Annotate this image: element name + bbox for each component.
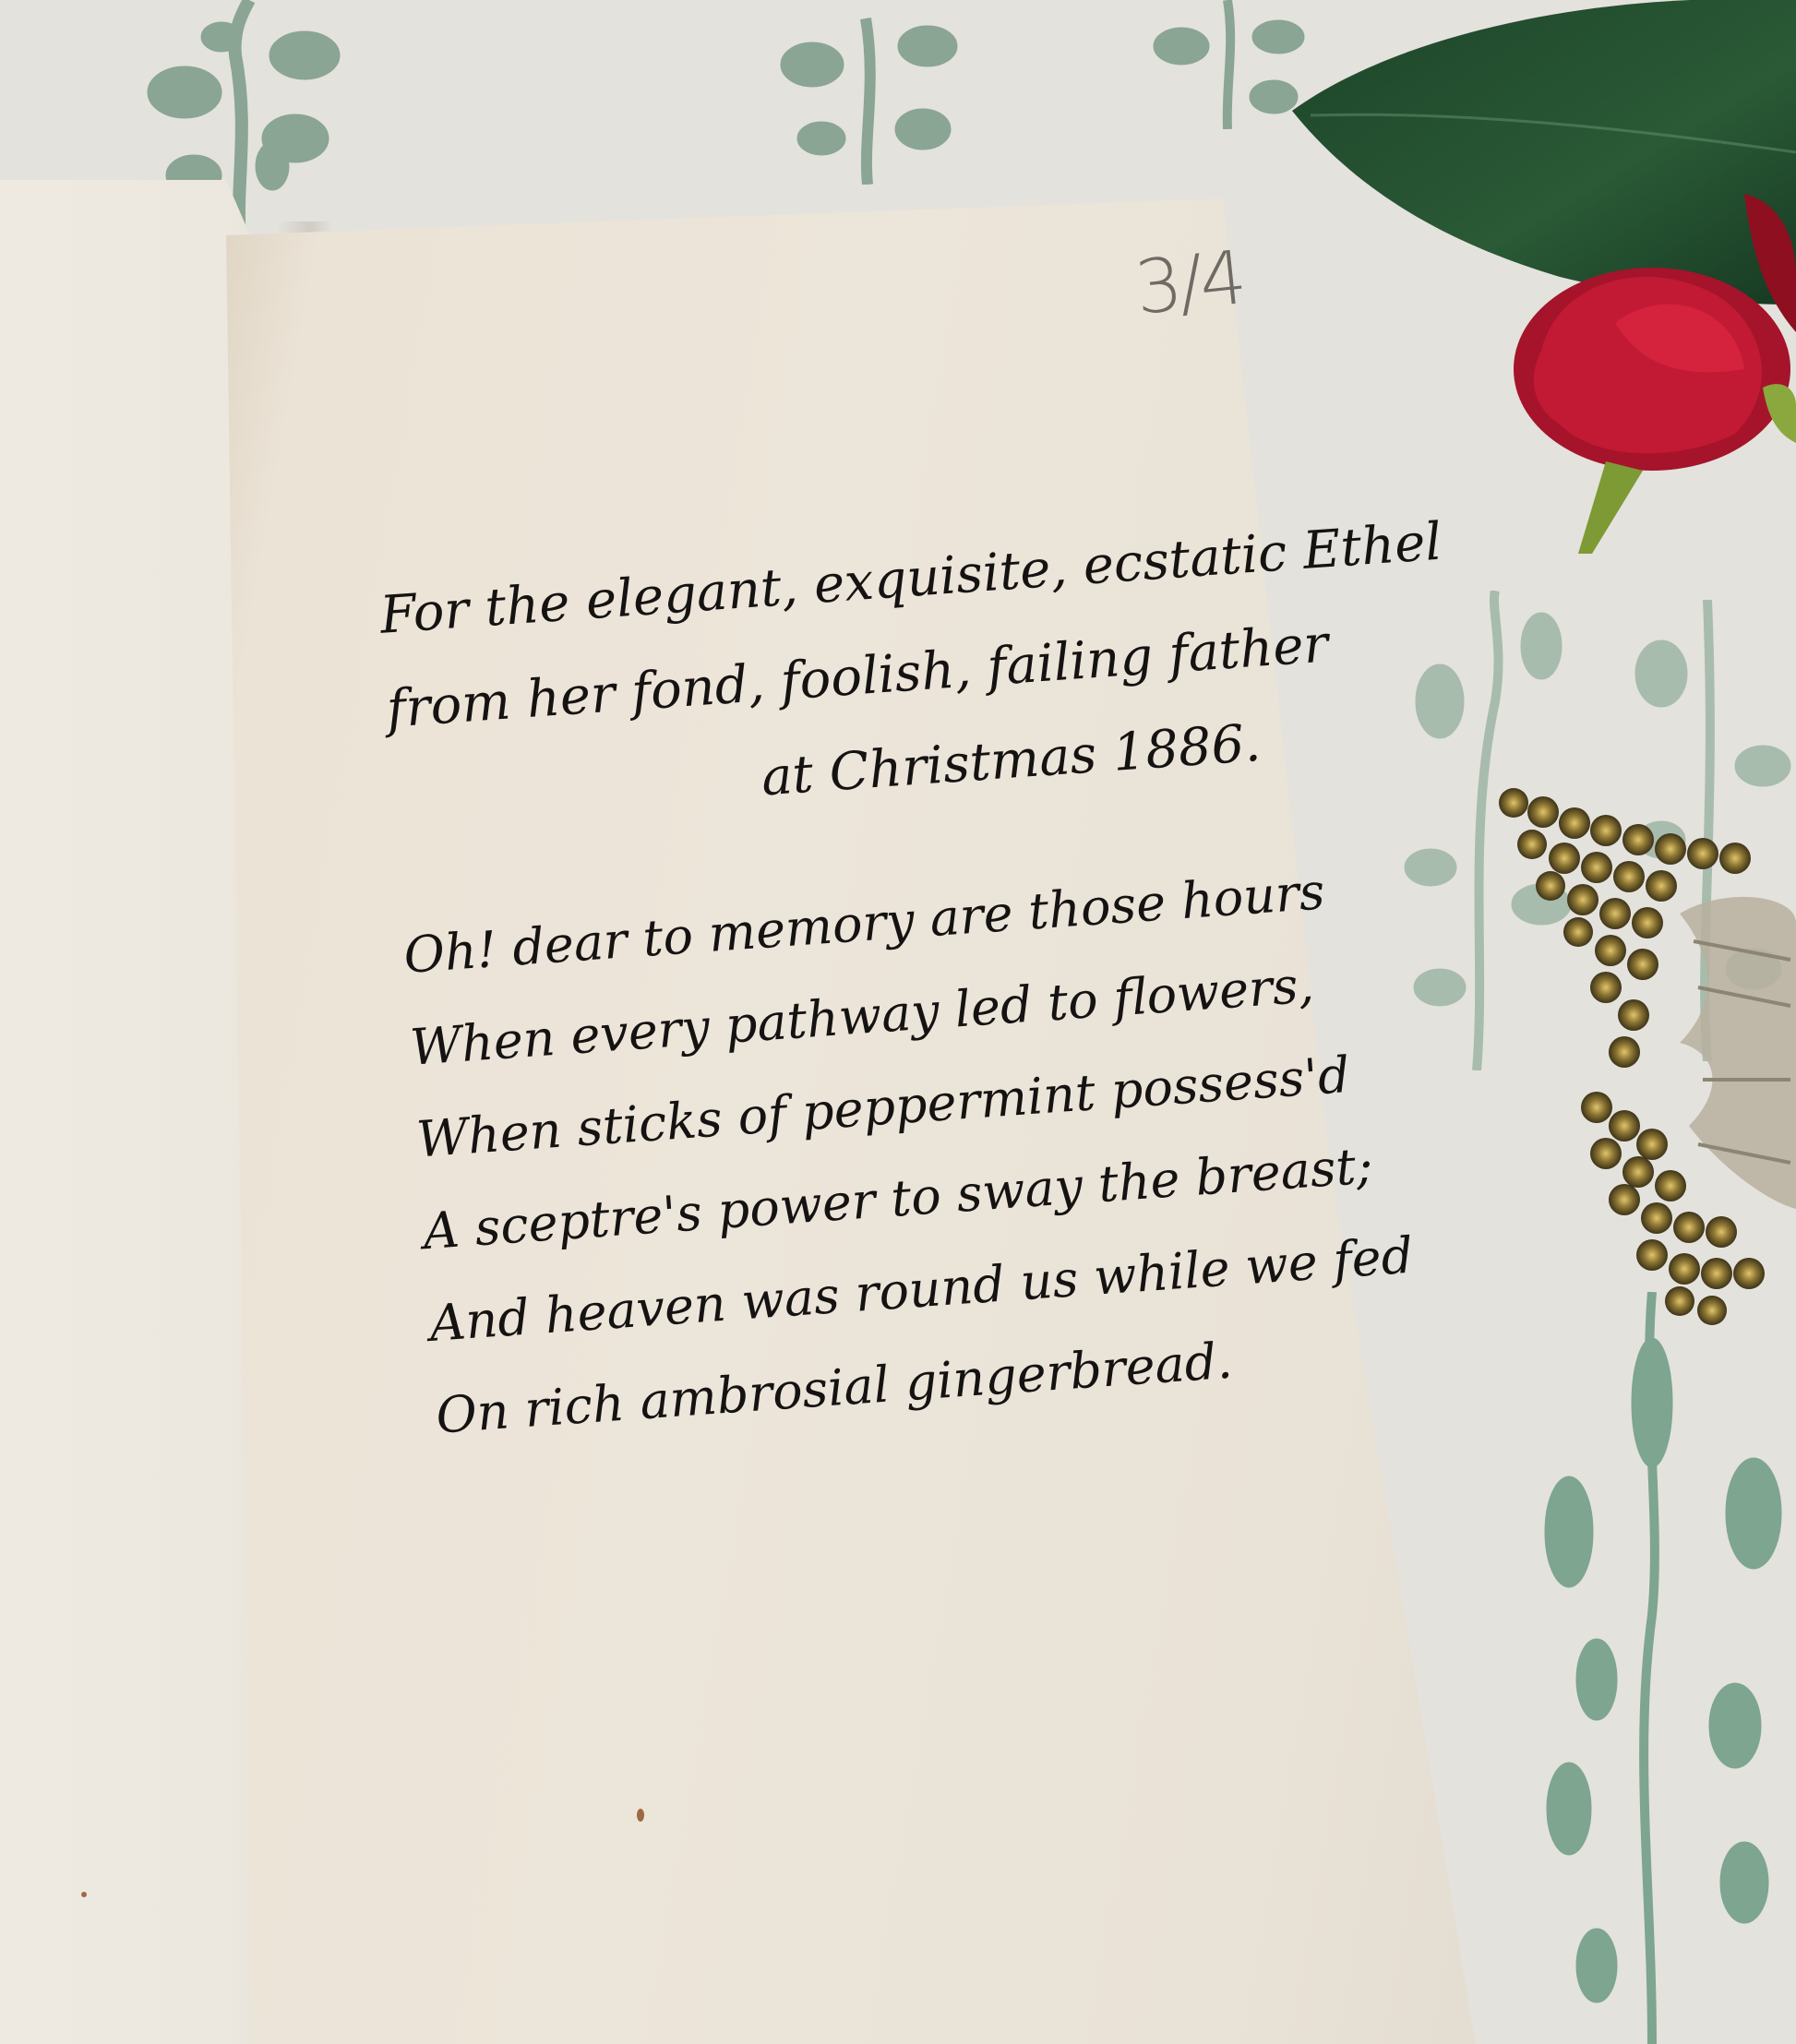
gold-beaded-brooch-icon (1495, 775, 1796, 1333)
pencil-price-mark: 3/4 (1131, 234, 1247, 331)
foxing-spot (637, 1809, 644, 1822)
leaf-sprig-icon (1514, 1292, 1796, 2044)
leaf-sprig-icon (757, 0, 978, 185)
foxing-spot (81, 1892, 87, 1897)
poem: Oh! dear to memory are those hours When … (402, 860, 1451, 1440)
handwritten-inscription: For the elegant, exquisite, ecstatic Eth… (378, 520, 1454, 1483)
red-rose-icon (1504, 166, 1796, 576)
